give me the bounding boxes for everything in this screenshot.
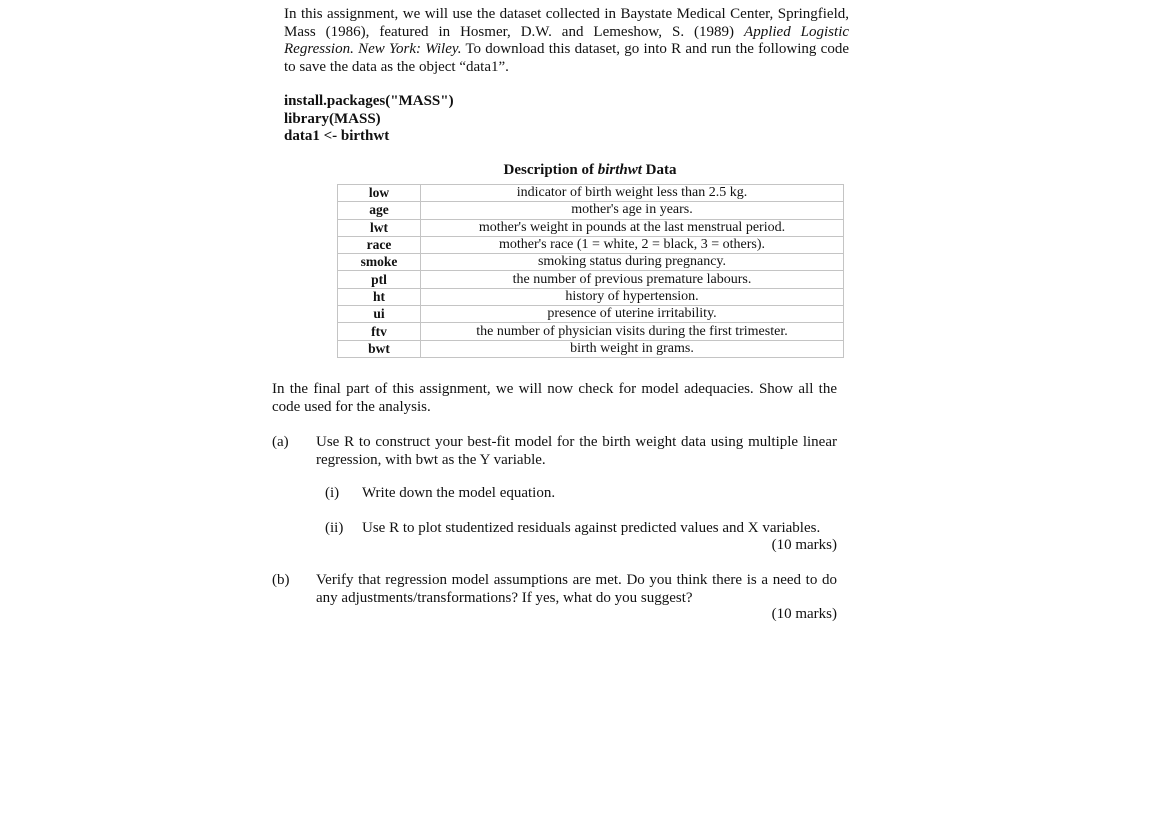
variable-name-cell: race — [338, 236, 421, 253]
question-a-line-1: Use R to construct your best-fit model f… — [316, 434, 837, 452]
final-part-line-1: In the final part of this assignment, we… — [272, 381, 837, 399]
table-row: bwtbirth weight in grams. — [338, 340, 844, 357]
table-row: agemother's age in years. — [338, 202, 844, 219]
code-line-assign: data1 <- birthwt — [284, 128, 454, 146]
code-line-library: library(MASS) — [284, 111, 454, 129]
table-row: lwtmother's weight in pounds at the last… — [338, 219, 844, 236]
variable-name-cell: low — [338, 185, 421, 202]
question-b-label: (b) — [272, 572, 290, 590]
question-b-marks: (10 marks) — [772, 606, 837, 624]
variable-name-cell: smoke — [338, 254, 421, 271]
table-row: ftvthe number of physician visits during… — [338, 323, 844, 340]
table-title-suffix: Data — [642, 162, 677, 178]
table-title-dataset: birthwt — [598, 162, 642, 178]
variable-description-table: lowindicator of birth weight less than 2… — [337, 184, 844, 358]
intro-book-title-part1: Applied Logistic — [744, 24, 849, 40]
table-row: lowindicator of birth weight less than 2… — [338, 185, 844, 202]
table-row: uipresence of uterine irritability. — [338, 306, 844, 323]
table-title: Description of birthwt Data — [337, 162, 843, 180]
intro-book-title-part2: Regression. New York: Wiley. — [284, 41, 461, 57]
variable-name-cell: bwt — [338, 340, 421, 357]
variable-name-cell: age — [338, 202, 421, 219]
intro-line-3-text: To download this dataset, go into R and … — [461, 41, 849, 57]
question-a-marks: (10 marks) — [772, 537, 837, 555]
intro-line-3: Regression. New York: Wiley. To download… — [284, 41, 849, 59]
question-a-ii-text: Use R to plot studentized residuals agai… — [362, 520, 820, 538]
variable-description-cell: the number of previous premature labours… — [421, 271, 844, 288]
question-a-line-2: regression, with bwt as the Y variable. — [316, 452, 837, 470]
question-a-text: Use R to construct your best-fit model f… — [316, 434, 837, 469]
final-part-paragraph: In the final part of this assignment, we… — [272, 381, 837, 416]
variable-description-cell: mother's race (1 = white, 2 = black, 3 =… — [421, 236, 844, 253]
variable-description-cell: presence of uterine irritability. — [421, 306, 844, 323]
intro-line-1: In this assignment, we will use the data… — [284, 6, 849, 24]
variable-description-cell: the number of physician visits during th… — [421, 323, 844, 340]
intro-line-2: Mass (1986), featured in Hosmer, D.W. an… — [284, 24, 849, 42]
variable-description-cell: mother's age in years. — [421, 202, 844, 219]
intro-line-4: to save the data as the object “data1”. — [284, 59, 849, 77]
question-b-text: Verify that regression model assumptions… — [316, 572, 837, 607]
question-a-ii-label: (ii) — [325, 520, 343, 538]
variable-name-cell: lwt — [338, 219, 421, 236]
table-title-prefix: Description of — [504, 162, 598, 178]
variable-name-cell: ptl — [338, 271, 421, 288]
question-a-i-text: Write down the model equation. — [362, 485, 555, 503]
intro-paragraph: In this assignment, we will use the data… — [284, 6, 849, 76]
variable-name-cell: ui — [338, 306, 421, 323]
table-row: hthistory of hypertension. — [338, 288, 844, 305]
table-row: smokesmoking status during pregnancy. — [338, 254, 844, 271]
variable-description-cell: history of hypertension. — [421, 288, 844, 305]
variable-description-cell: indicator of birth weight less than 2.5 … — [421, 185, 844, 202]
question-b-line-2: any adjustments/transformations? If yes,… — [316, 590, 837, 608]
code-line-install: install.packages("MASS") — [284, 93, 454, 111]
variable-description-cell: mother's weight in pounds at the last me… — [421, 219, 844, 236]
final-part-line-2: code used for the analysis. — [272, 399, 837, 417]
intro-line-2-text: Mass (1986), featured in Hosmer, D.W. an… — [284, 24, 734, 40]
question-b-line-1: Verify that regression model assumptions… — [316, 572, 837, 590]
variable-description-cell: birth weight in grams. — [421, 340, 844, 357]
variable-name-cell: ht — [338, 288, 421, 305]
table-row: ptlthe number of previous premature labo… — [338, 271, 844, 288]
variable-name-cell: ftv — [338, 323, 421, 340]
table-row: racemother's race (1 = white, 2 = black,… — [338, 236, 844, 253]
r-code-block: install.packages("MASS") library(MASS) d… — [284, 93, 454, 146]
variable-description-cell: smoking status during pregnancy. — [421, 254, 844, 271]
question-a-label: (a) — [272, 434, 289, 452]
question-a-i-label: (i) — [325, 485, 339, 503]
